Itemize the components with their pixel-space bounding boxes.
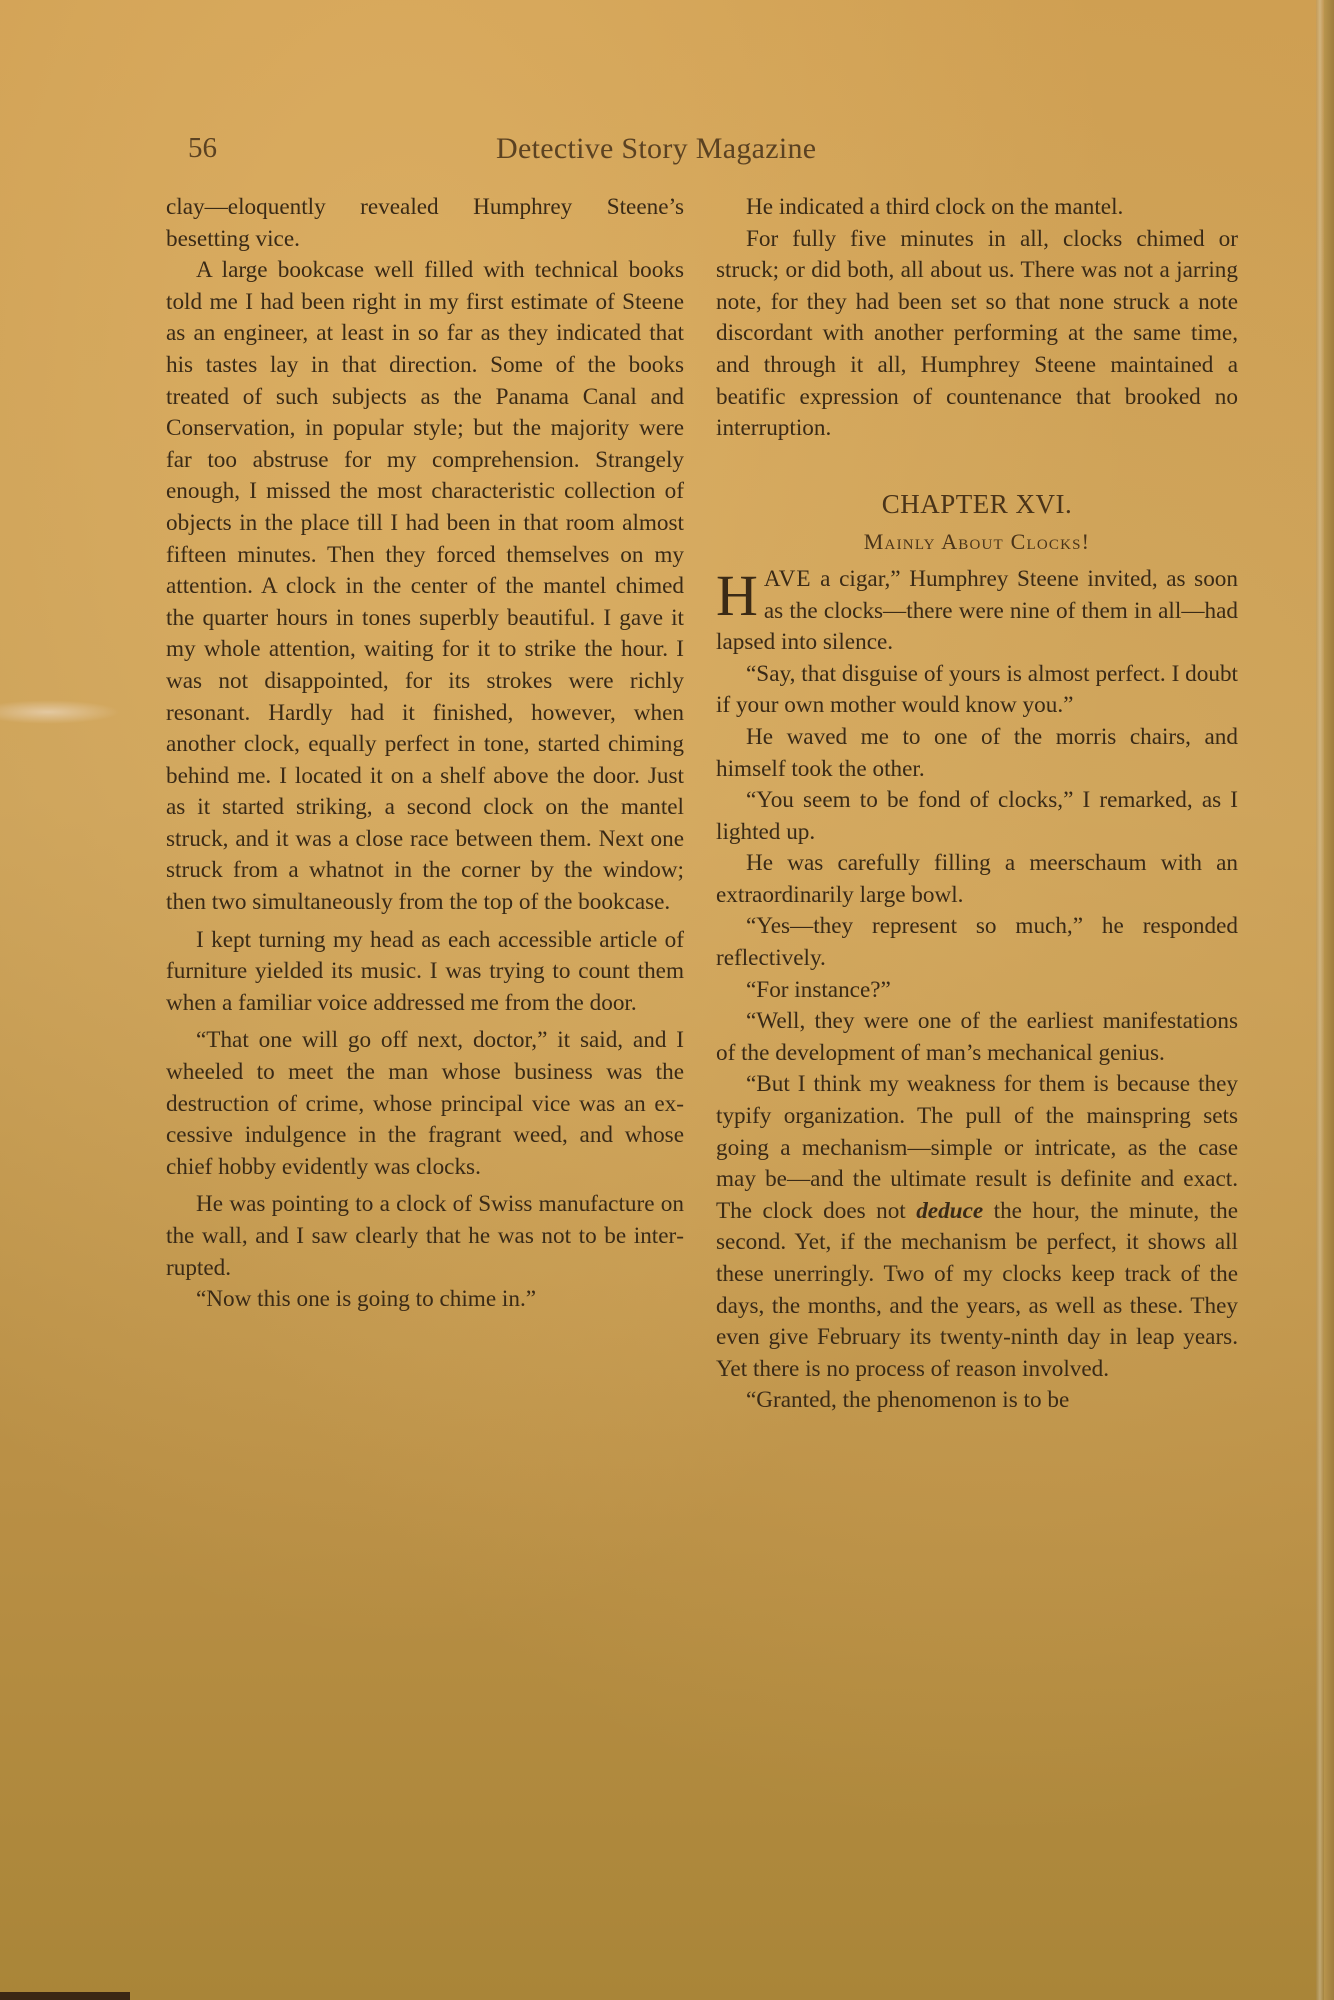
paragraph: “Well, they were one of the earliest man… — [716, 1006, 1238, 1069]
paragraph: I kept turning my head as each ac­cessib… — [166, 925, 684, 1020]
clock-paragraph: “But I think my weakness for them is bec… — [716, 1069, 1238, 1385]
running-title: Detective Story Magazine — [496, 132, 816, 166]
paragraph: “That one will go off next, doctor,” it … — [166, 1025, 684, 1183]
drop-cap: H — [716, 572, 758, 620]
chapter-opening-paragraph: HAVE a cigar,” Humphrey Steene invited, … — [716, 564, 1238, 659]
paragraph: A large bookcase well filled with techni… — [166, 255, 684, 918]
chapter-subtitle-mark: ! — [1082, 529, 1091, 554]
page-number: 56 — [188, 132, 217, 165]
page-header: 56 Detective Story Magazine — [160, 132, 1250, 172]
paragraph: “Granted, the phenomenon is to be — [716, 1385, 1238, 1417]
page-edge — [1324, 0, 1334, 2000]
chapter-subtitle: Mainly About Clocks! — [716, 526, 1238, 560]
left-column: clay—eloquently revealed Humphrey Steene… — [166, 192, 684, 1316]
paragraph: He indicated a third clock on the mantel… — [716, 192, 1238, 224]
binding-crease — [1316, 0, 1324, 2000]
chapter-subtitle-text: Mainly About Clocks — [864, 529, 1082, 554]
page-corner-shadow — [0, 1992, 130, 2000]
paragraph: He waved me to one of the morris chairs,… — [716, 722, 1238, 785]
italic-word: deduce — [916, 1198, 983, 1224]
paragraph: He was carefully filling a meer­schaum w… — [716, 848, 1238, 911]
paragraph: “For instance?” — [716, 975, 1238, 1007]
paragraph: “Now this one is going to chime in.” — [166, 1284, 684, 1316]
paragraph: He was pointing to a clock of Swiss manu… — [166, 1189, 684, 1284]
chapter-title: CHAPTER XVI. — [716, 489, 1238, 521]
paragraph: “You seem to be fond of clocks,” I remar… — [716, 785, 1238, 848]
paper-stain — [0, 700, 120, 724]
right-column: He indicated a third clock on the mantel… — [716, 192, 1238, 1417]
paragraph: For fully five minutes in all, clocks ch… — [716, 224, 1238, 445]
clock-paragraph-text-2: the hour, the minute, the second. Yet, i… — [716, 1198, 1238, 1382]
paragraph: “Say, that disguise of yours is al­most … — [716, 659, 1238, 722]
opening-smallcaps: AVE — [764, 566, 812, 592]
paragraph: clay—eloquently revealed Humphrey Steene… — [166, 192, 684, 255]
paragraph: “Yes—they represent so much,” he respond… — [716, 911, 1238, 974]
